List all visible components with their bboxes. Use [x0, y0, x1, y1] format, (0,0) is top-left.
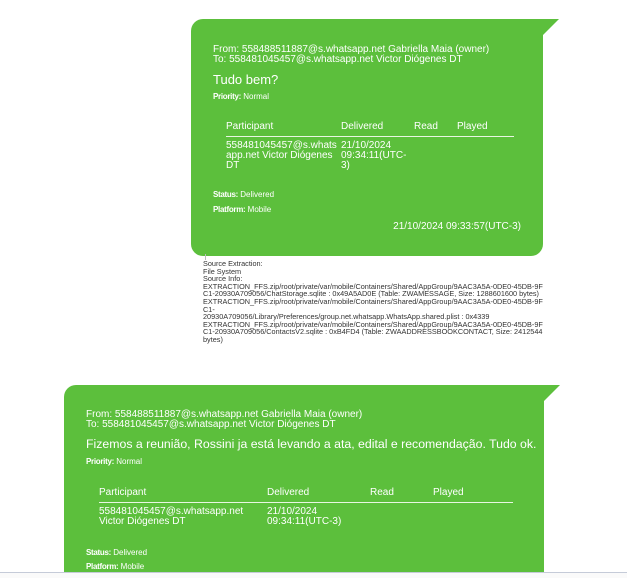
status-value: Delivered — [240, 190, 274, 199]
status: Status: Delivered — [86, 548, 147, 557]
table-row: 558481045457@s.whatsapp.net Victor Dióge… — [99, 507, 513, 531]
priority-label: Priority: — [213, 92, 241, 101]
col-participant: Participant — [99, 488, 146, 498]
platform-value: Mobile — [248, 205, 272, 214]
priority: Priority: Normal — [86, 457, 142, 466]
page-edge — [0, 573, 627, 578]
message-bubble: From: 558488511887@s.whatsapp.net Gabrie… — [191, 19, 543, 256]
status-label: Status: — [213, 190, 238, 199]
col-played: Played — [433, 488, 464, 498]
priority-label: Priority: — [86, 457, 114, 466]
platform: Platform: Mobile — [213, 205, 271, 214]
participants-table: Participant Delivered Read Played 558481… — [226, 122, 514, 175]
platform-value: Mobile — [121, 562, 145, 571]
col-delivered: Delivered — [341, 122, 383, 132]
bubble-tail — [543, 19, 559, 35]
message-body: Fizemos a reunião, Rossini ja está levan… — [86, 437, 536, 451]
status-value: Delivered — [113, 548, 147, 557]
status-label: Status: — [86, 548, 111, 557]
table-header: Participant Delivered Read Played — [99, 488, 513, 503]
message-body: Tudo bem? — [213, 73, 278, 87]
cell-participant: 558481045457@s.whats app.net Victor Dióg… — [226, 141, 334, 171]
message-timestamp: 21/10/2024 09:33:57(UTC-3) — [393, 221, 521, 232]
cell-delivered: 21/10/2024 09:34:11(UTC-3) — [341, 141, 407, 171]
message-bubble: From: 558488511887@s.whatsapp.net Gabrie… — [64, 385, 544, 578]
platform: Platform: Mobile — [86, 562, 144, 571]
priority: Priority: Normal — [213, 92, 269, 101]
bubble-tail — [544, 385, 560, 401]
col-participant: Participant — [226, 122, 273, 132]
cell-participant: 558481045457@s.whatsapp.net Victor Dióge… — [99, 507, 249, 527]
col-read: Read — [370, 488, 394, 498]
col-read: Read — [414, 122, 438, 132]
to-line: To: 558481045457@s.whatsapp.net Victor D… — [86, 420, 336, 430]
platform-label: Platform: — [86, 562, 118, 571]
col-played: Played — [457, 122, 488, 132]
table-header: Participant Delivered Read Played — [226, 122, 514, 137]
col-delivered: Delivered — [267, 488, 309, 498]
priority-value: Normal — [243, 92, 269, 101]
status: Status: Delivered — [213, 190, 274, 199]
priority-value: Normal — [116, 457, 142, 466]
platform-label: Platform: — [213, 205, 245, 214]
cell-delivered: 21/10/2024 09:34:11(UTC-3) — [267, 507, 347, 527]
to-line: To: 558481045457@s.whatsapp.net Victor D… — [213, 55, 463, 65]
table-row: 558481045457@s.whats app.net Victor Dióg… — [226, 141, 514, 175]
source-info: Source Extraction: File System Source In… — [203, 260, 543, 344]
participants-table: Participant Delivered Read Played 558481… — [99, 488, 513, 531]
